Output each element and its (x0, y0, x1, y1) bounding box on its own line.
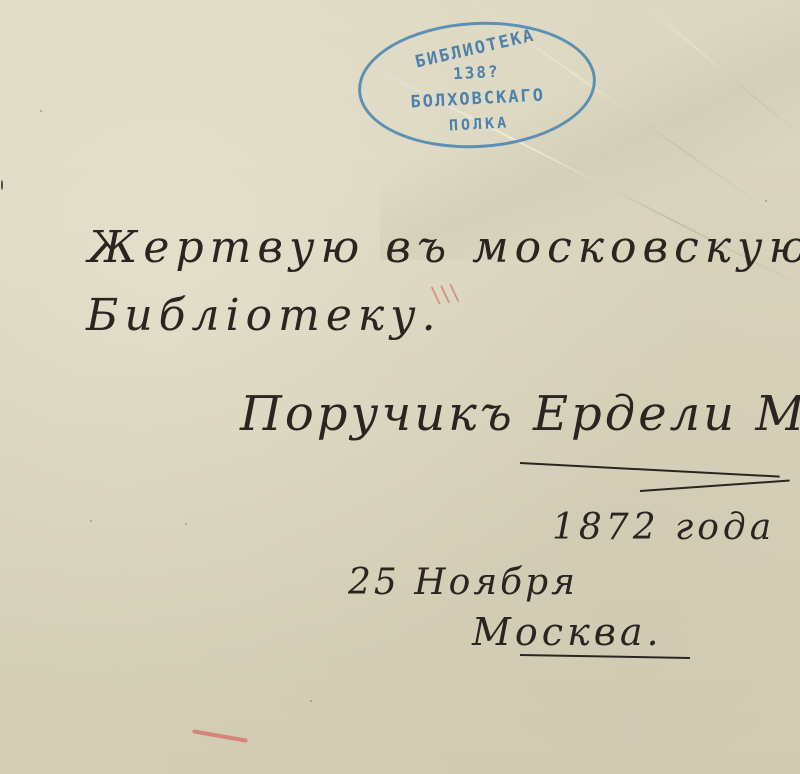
date-day-month: 25 Ноября (348, 562, 578, 603)
paper-speck (185, 523, 187, 525)
signature-flourish (520, 462, 780, 478)
signature-flourish (640, 480, 790, 492)
paper-speck (90, 520, 92, 522)
city-underline (520, 654, 690, 658)
signature: Поручикъ Ердели Мій (240, 386, 800, 442)
edge-mark (1, 180, 3, 190)
paper-speck (310, 700, 312, 702)
red-pencil-stroke (192, 729, 248, 743)
inscription-line-2: Библіотеку. (86, 290, 442, 341)
paper-speck (40, 110, 42, 112)
paper-speck (765, 200, 767, 202)
inscription-line-1: Жертвую въ московскую (88, 222, 800, 273)
document-page: БИБЛИОТЕКА 138? БОЛХОВСКАГО ПОЛКА Жертву… (0, 0, 800, 774)
date-year: 1872 года (552, 507, 775, 548)
place-city: Москва. (472, 610, 663, 654)
